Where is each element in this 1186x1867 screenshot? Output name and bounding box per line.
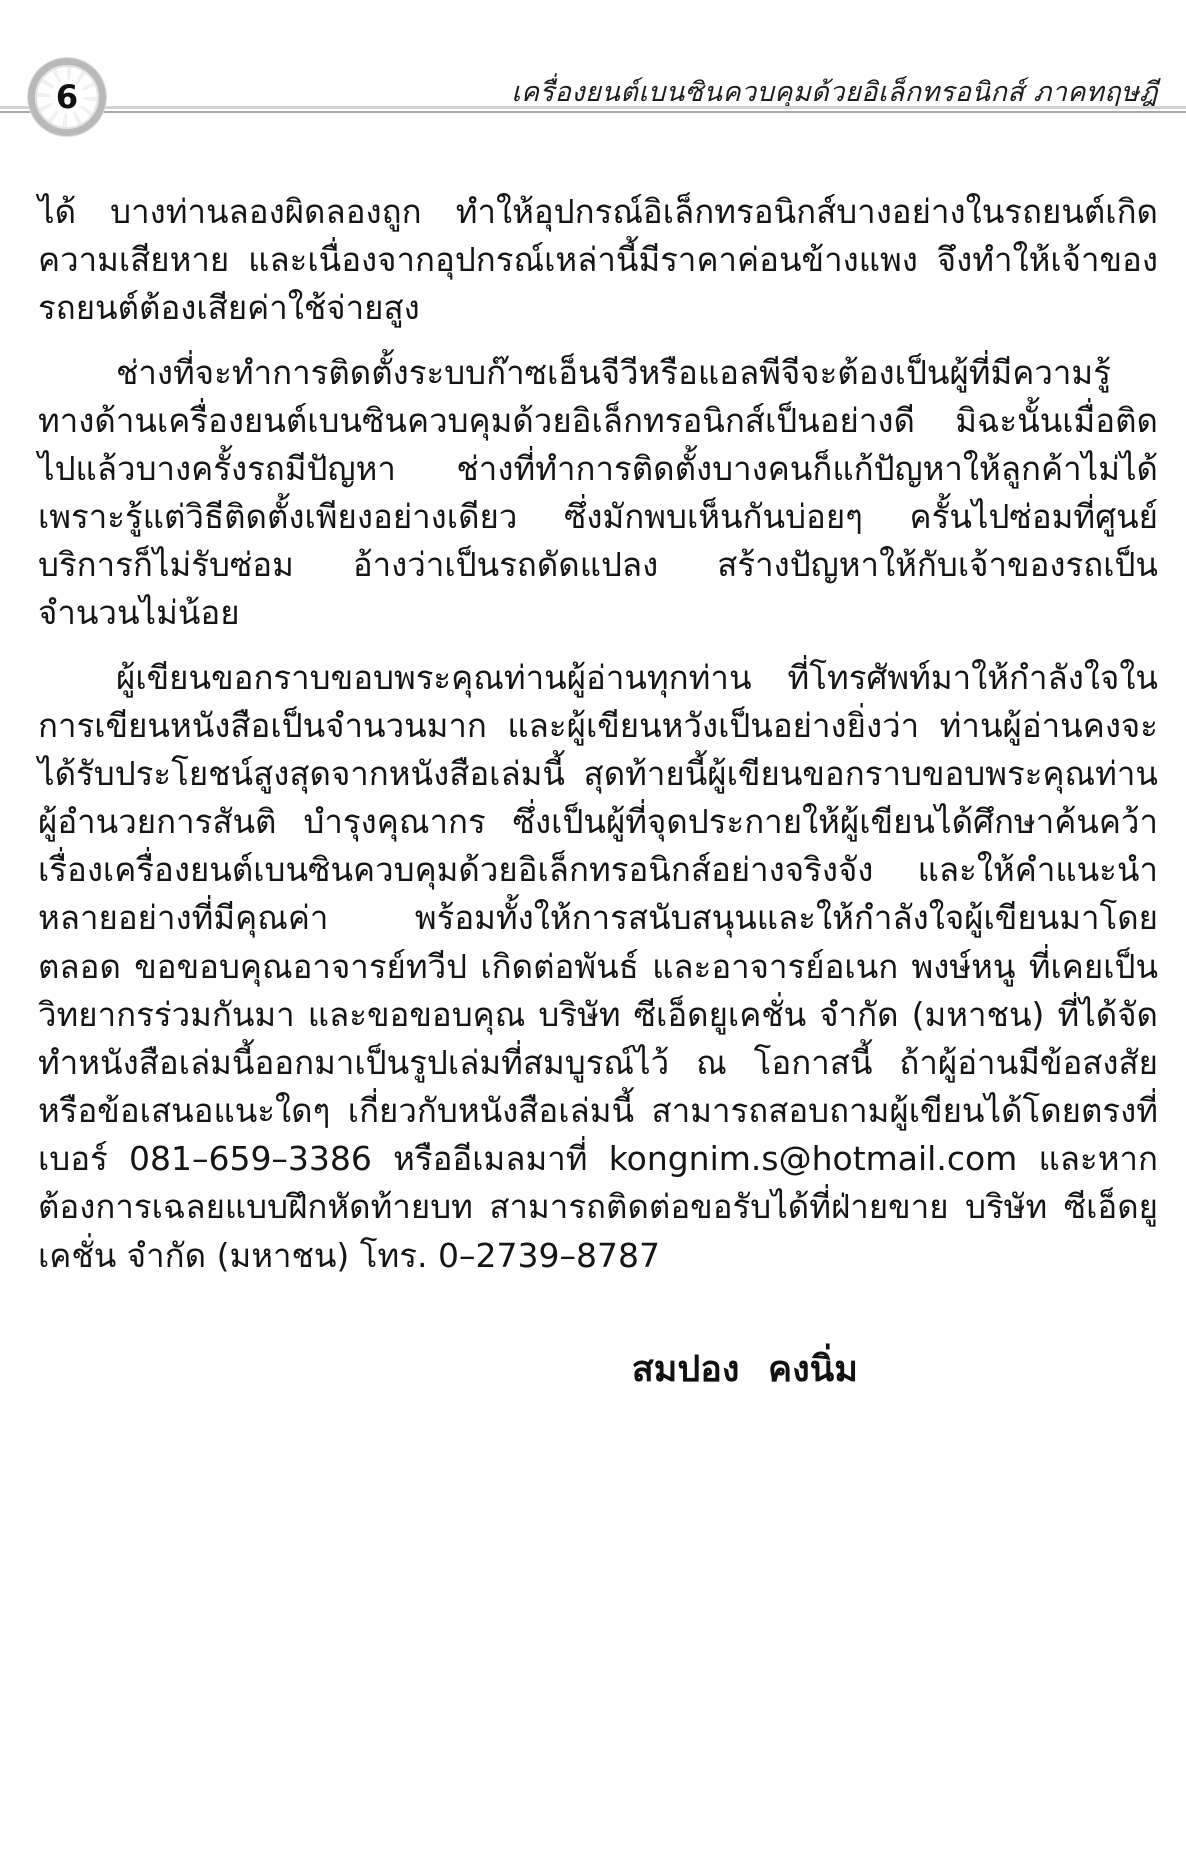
page-header: เครื่องยนต์เบนซินควบคุมด้วยอิเล็กทรอนิกส… [0,0,1186,150]
body-text: ได้ บางท่านลองผิดลองถูก ทำให้อุปกรณ์อิเล… [38,188,1158,1397]
paragraph: ได้ บางท่านลองผิดลองถูก ทำให้อุปกรณ์อิเล… [38,188,1158,333]
paragraph: ผู้เขียนขอกราบขอบพระคุณท่านผู้อ่านทุกท่า… [38,654,1158,1280]
paragraph: ช่างที่จะทำการติดตั้งระบบก๊าซเอ็นจีวีหรื… [38,349,1158,638]
page-number: 6 [56,81,78,113]
page-number-badge: 6 [28,58,106,136]
header-rule-divider [0,106,1186,114]
author-signature: สมปอง คงนิ่ม [38,1340,1158,1397]
